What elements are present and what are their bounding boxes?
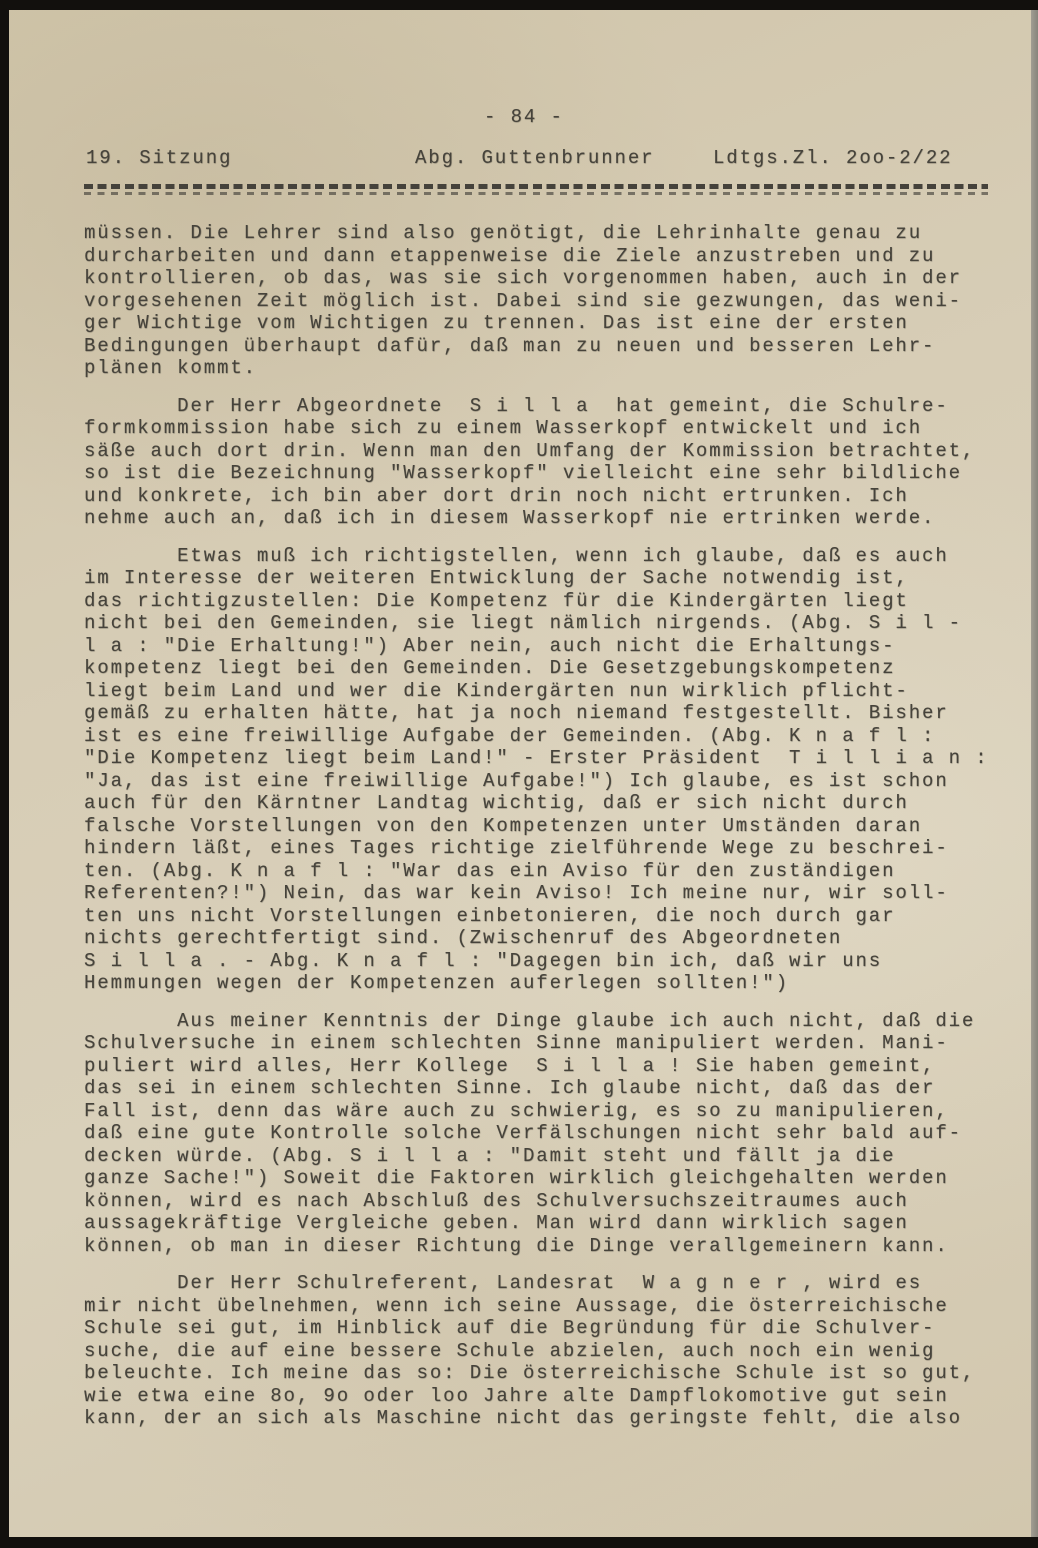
dashed-divider	[84, 183, 988, 198]
document-reference: Ldtgs.Zl. 2oo-2/22	[713, 147, 952, 170]
paragraph: müssen. Die Lehrer sind also genötigt, d…	[84, 222, 996, 380]
paragraph: Aus meiner Kenntnis der Dinge glaube ich…	[84, 1010, 996, 1258]
paragraph: Der Herr Schulreferent, Landesrat W a g …	[84, 1272, 996, 1430]
page-content: - 84 - 19. Sitzung Abg. Guttenbrunner Ld…	[84, 10, 996, 1537]
paragraph: Der Herr Abgeordnete S i l l a hat gemei…	[84, 395, 996, 530]
session-number: 19. Sitzung	[86, 147, 232, 170]
scan-edge-shadow	[1031, 10, 1038, 1537]
transcript-body: müssen. Die Lehrer sind also genötigt, d…	[84, 222, 996, 1445]
page-header: 19. Sitzung Abg. Guttenbrunner Ldtgs.Zl.…	[84, 147, 990, 171]
scanned-page: - 84 - 19. Sitzung Abg. Guttenbrunner Ld…	[9, 10, 1032, 1537]
page-number: - 84 -	[484, 106, 564, 129]
speaker-name: Abg. Guttenbrunner	[415, 147, 654, 170]
paragraph: Etwas muß ich richtigstellen, wenn ich g…	[84, 545, 996, 995]
